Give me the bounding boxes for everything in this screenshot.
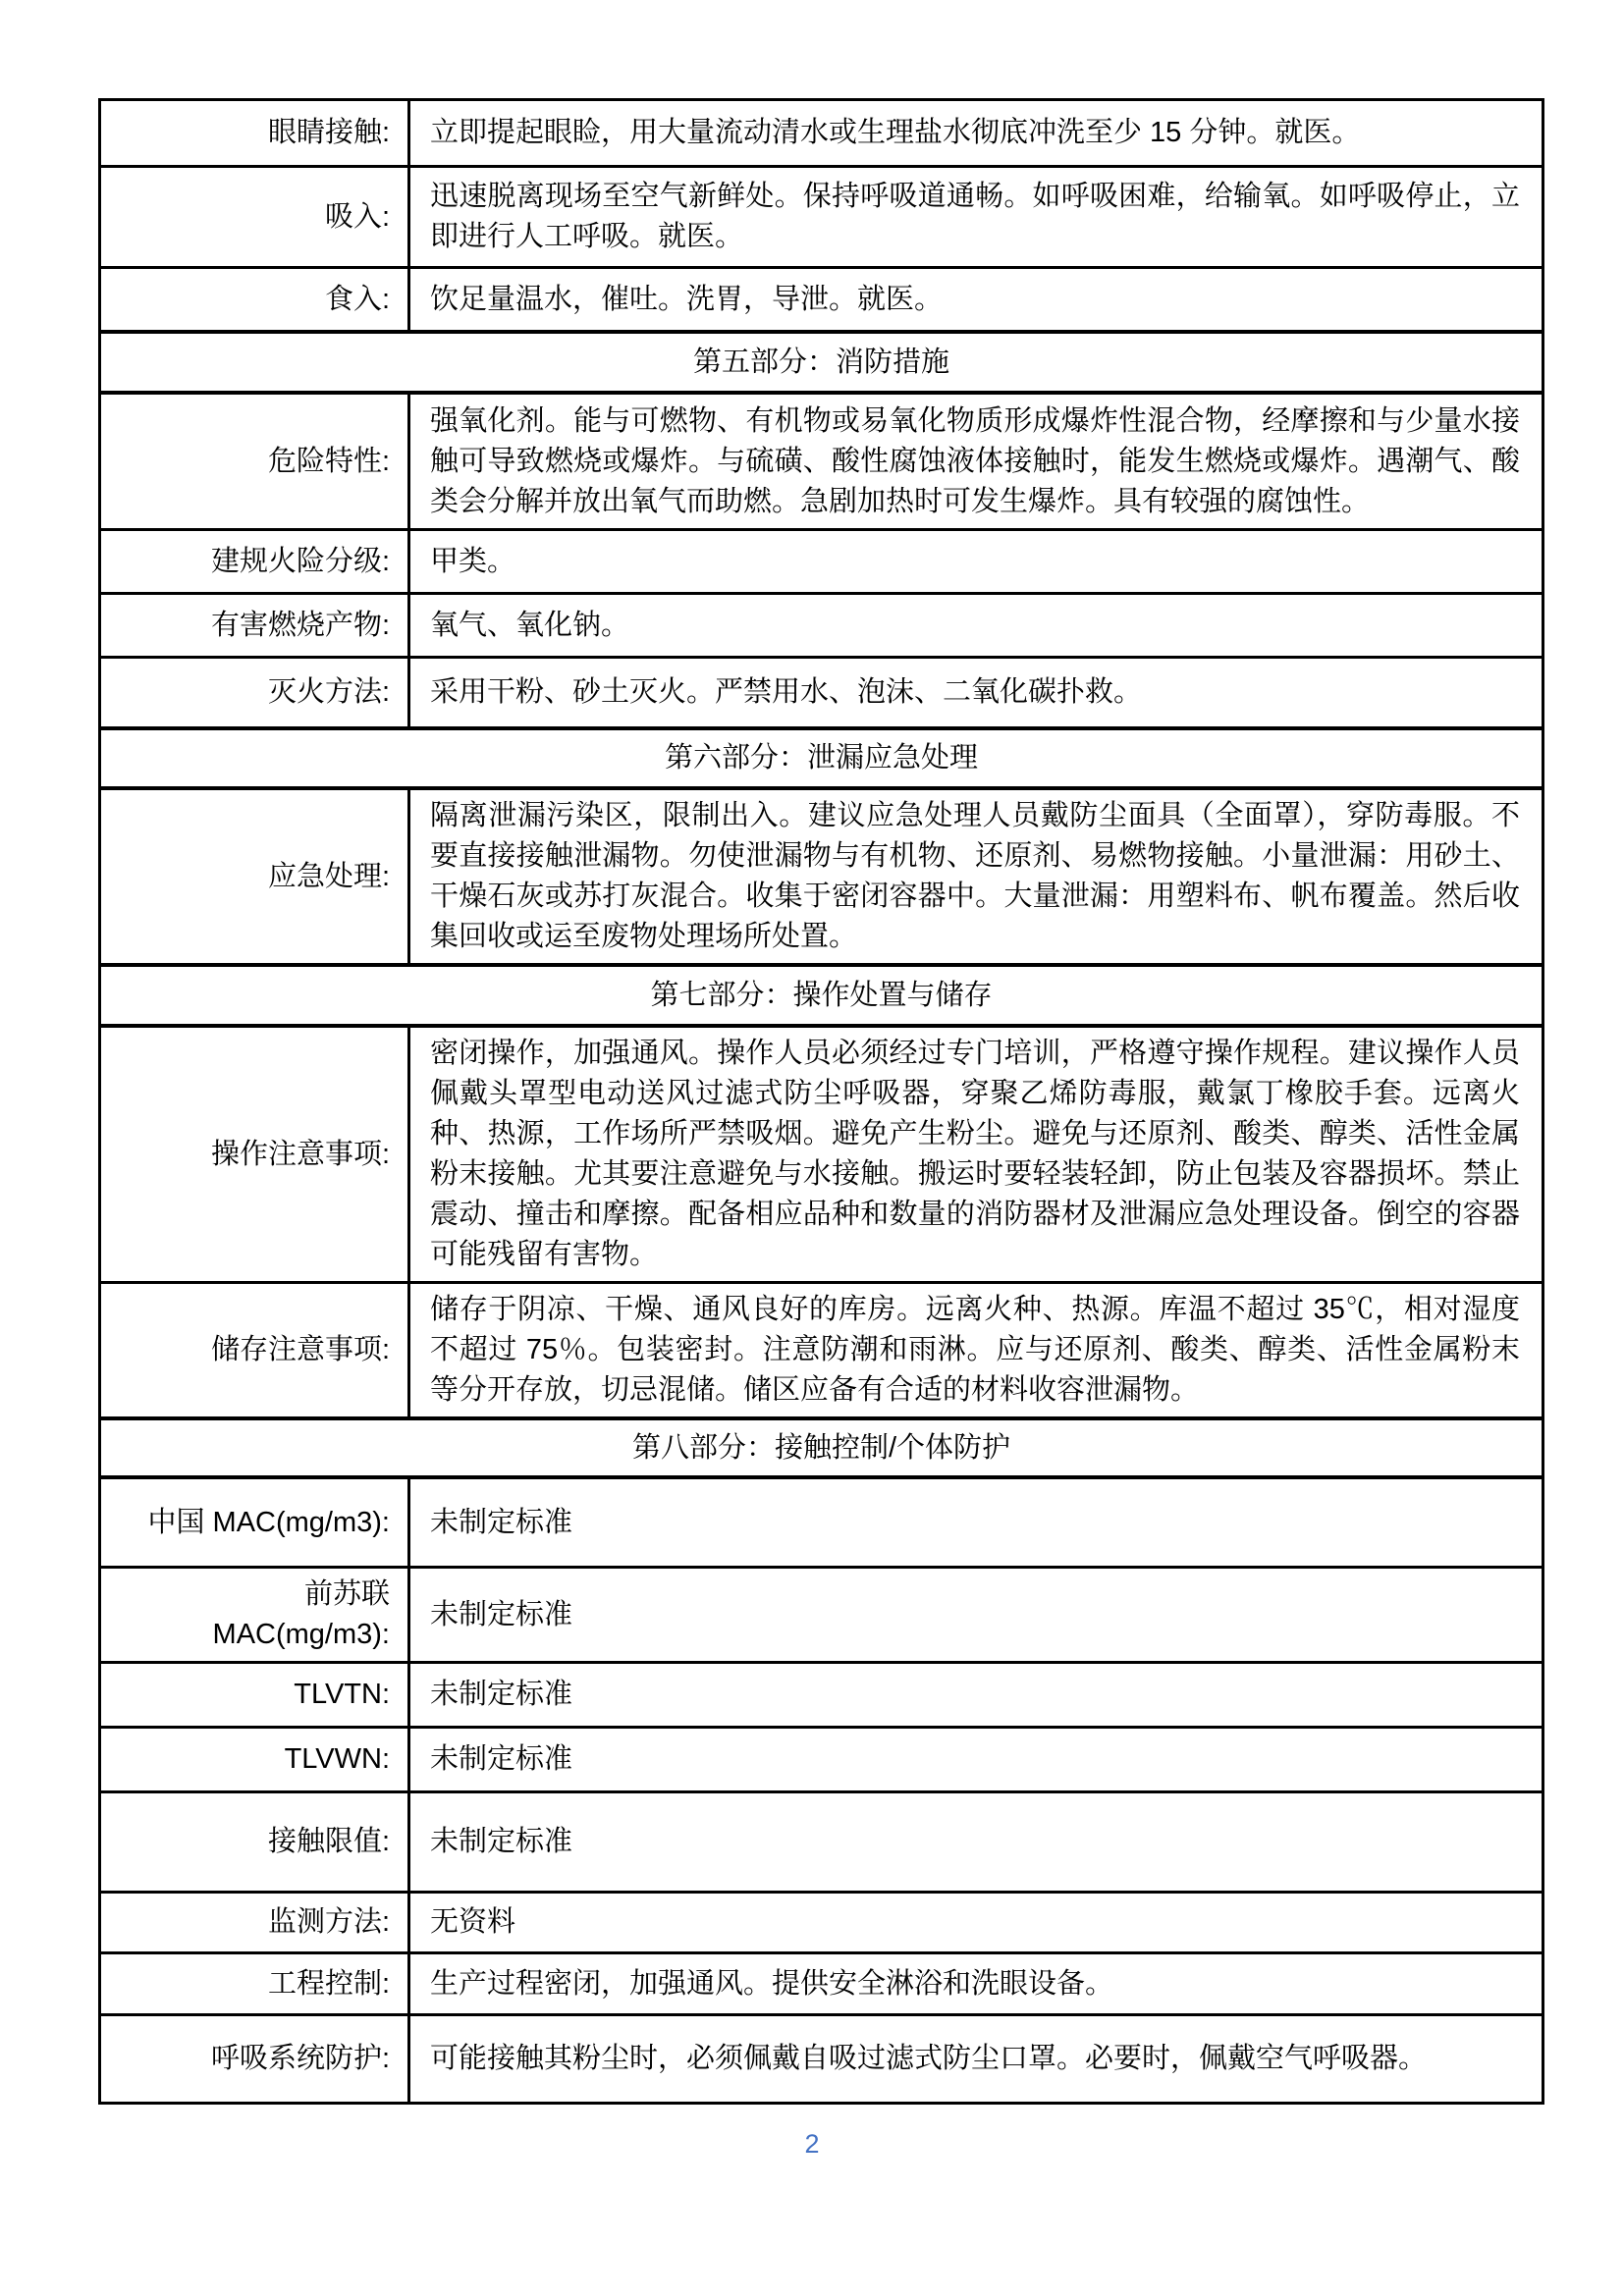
row-value-cell: 强氧化剂。能与可燃物、有机物或易氧化物质形成爆炸性混合物，经摩擦和与少量水接触可… bbox=[410, 395, 1542, 528]
row-value: 密闭操作，加强通风。操作人员必须经过专门培训，严格遵守操作规程。建议操作人员佩戴… bbox=[430, 1034, 1520, 1275]
section-title: 第六部分：泄漏应急处理 bbox=[665, 738, 978, 778]
table-row: 食入:饮足量温水，催吐。洗胃，导泄。就医。 bbox=[101, 266, 1542, 330]
row-value-cell: 生产过程密闭，加强通风。提供安全淋浴和洗眼设备。 bbox=[410, 1954, 1542, 2013]
row-label-cell: 建规火险分级: bbox=[101, 531, 410, 592]
row-value: 生产过程密闭，加强通风。提供安全淋浴和洗眼设备。 bbox=[430, 1964, 1520, 2004]
section-title-cell: 第七部分：操作处置与储存 bbox=[101, 967, 1542, 1024]
row-value: 可能接触其粉尘时，必须佩戴自吸过滤式防尘口罩。必要时，佩戴空气呼吸器。 bbox=[430, 2039, 1520, 2079]
row-label-cell: 前苏联 MAC(mg/m3): bbox=[101, 1569, 410, 1661]
section-title-cell: 第八部分：接触控制/个体防护 bbox=[101, 1420, 1542, 1475]
row-value-cell: 立即提起眼睑，用大量流动清水或生理盐水彻底冲洗至少 15 分钟。就医。 bbox=[410, 101, 1542, 165]
row-value: 氧气、氧化钠。 bbox=[430, 606, 1520, 646]
section-title-cell: 第六部分：泄漏应急处理 bbox=[101, 730, 1542, 786]
row-label: 储存注意事项: bbox=[211, 1330, 390, 1370]
row-label-cell: 接触限值: bbox=[101, 1793, 410, 1891]
row-value-cell: 密闭操作，加强通风。操作人员必须经过专门培训，严格遵守操作规程。建议操作人员佩戴… bbox=[410, 1028, 1542, 1281]
row-label-cell: 食入: bbox=[101, 269, 410, 330]
row-label-cell: TLVTN: bbox=[101, 1664, 410, 1726]
row-label-cell: 吸入: bbox=[101, 168, 410, 266]
row-value: 未制定标准 bbox=[430, 1822, 1520, 1862]
row-label: 应急处理: bbox=[268, 857, 390, 897]
row-label-cell: 操作注意事项: bbox=[101, 1028, 410, 1281]
row-value-cell: 饮足量温水，催吐。洗胃，导泄。就医。 bbox=[410, 269, 1542, 330]
table-row: 监测方法:无资料 bbox=[101, 1891, 1542, 1951]
section-header-row: 第七部分：操作处置与储存 bbox=[101, 963, 1542, 1024]
row-label: 眼睛接触: bbox=[268, 113, 390, 153]
row-value-cell: 储存于阴凉、干燥、通风良好的库房。远离火种、热源。库温不超过 35℃，相对湿度不… bbox=[410, 1284, 1542, 1416]
row-value-cell: 可能接触其粉尘时，必须佩戴自吸过滤式防尘口罩。必要时，佩戴空气呼吸器。 bbox=[410, 2016, 1542, 2102]
row-label: 中国 MAC(mg/m3): bbox=[147, 1503, 390, 1543]
row-label: 建规火险分级: bbox=[211, 542, 390, 582]
row-label-cell: 储存注意事项: bbox=[101, 1284, 410, 1416]
row-value-cell: 迅速脱离现场至空气新鲜处。保持呼吸道通畅。如呼吸困难，给输氧。如呼吸停止，立即进… bbox=[410, 168, 1542, 266]
row-label: 操作注意事项: bbox=[211, 1135, 390, 1175]
row-value: 甲类。 bbox=[430, 542, 1520, 582]
row-label: 呼吸系统防护: bbox=[211, 2039, 390, 2079]
table-row: 应急处理:隔离泄漏污染区，限制出入。建议应急处理人员戴防尘面具（全面罩），穿防毒… bbox=[101, 786, 1542, 963]
row-value-cell: 未制定标准 bbox=[410, 1729, 1542, 1790]
row-label: 灭火方法: bbox=[268, 672, 390, 713]
row-label: 食入: bbox=[325, 280, 390, 320]
section-title-cell: 第五部分：消防措施 bbox=[101, 334, 1542, 391]
row-value-cell: 未制定标准 bbox=[410, 1479, 1542, 1566]
table-row: 建规火险分级:甲类。 bbox=[101, 528, 1542, 592]
table-row: 有害燃烧产物:氧气、氧化钠。 bbox=[101, 592, 1542, 656]
row-value: 迅速脱离现场至空气新鲜处。保持呼吸道通畅。如呼吸困难，给输氧。如呼吸停止，立即进… bbox=[430, 177, 1520, 257]
table-row: 灭火方法:采用干粉、砂土灭火。严禁用水、泡沫、二氧化碳扑救。 bbox=[101, 656, 1542, 726]
row-label-cell: 灭火方法: bbox=[101, 659, 410, 726]
row-value: 隔离泄漏污染区，限制出入。建议应急处理人员戴防尘面具（全面罩），穿防毒服。不要直… bbox=[430, 796, 1520, 957]
table-row: 呼吸系统防护:可能接触其粉尘时，必须佩戴自吸过滤式防尘口罩。必要时，佩戴空气呼吸… bbox=[101, 2013, 1542, 2102]
row-value-cell: 甲类。 bbox=[410, 531, 1542, 592]
row-label-cell: 有害燃烧产物: bbox=[101, 595, 410, 656]
row-value-cell: 采用干粉、砂土灭火。严禁用水、泡沫、二氧化碳扑救。 bbox=[410, 659, 1542, 726]
row-value: 未制定标准 bbox=[430, 1503, 1520, 1543]
section-title: 第五部分：消防措施 bbox=[693, 343, 949, 383]
row-label-cell: 工程控制: bbox=[101, 1954, 410, 2013]
table-row: 接触限值:未制定标准 bbox=[101, 1790, 1542, 1891]
table-row: 操作注意事项:密闭操作，加强通风。操作人员必须经过专门培训，严格遵守操作规程。建… bbox=[101, 1024, 1542, 1281]
table-row: 眼睛接触:立即提起眼睑，用大量流动清水或生理盐水彻底冲洗至少 15 分钟。就医。 bbox=[101, 101, 1542, 165]
row-value: 储存于阴凉、干燥、通风良好的库房。远离火种、热源。库温不超过 35℃，相对湿度不… bbox=[430, 1290, 1520, 1411]
row-value-cell: 隔离泄漏污染区，限制出入。建议应急处理人员戴防尘面具（全面罩），穿防毒服。不要直… bbox=[410, 790, 1542, 963]
row-label: 有害燃烧产物: bbox=[211, 606, 390, 646]
row-label: 危险特性: bbox=[268, 442, 390, 482]
row-label-cell: 中国 MAC(mg/m3): bbox=[101, 1479, 410, 1566]
table-row: 中国 MAC(mg/m3):未制定标准 bbox=[101, 1475, 1542, 1566]
row-label: TLVTN: bbox=[294, 1675, 390, 1715]
section-header-row: 第八部分：接触控制/个体防护 bbox=[101, 1416, 1542, 1475]
row-label-cell: 危险特性: bbox=[101, 395, 410, 528]
row-value: 无资料 bbox=[430, 1902, 1520, 1943]
row-label-cell: 呼吸系统防护: bbox=[101, 2016, 410, 2102]
table-row: 工程控制:生产过程密闭，加强通风。提供安全淋浴和洗眼设备。 bbox=[101, 1951, 1542, 2013]
msds-table: 眼睛接触:立即提起眼睑，用大量流动清水或生理盐水彻底冲洗至少 15 分钟。就医。… bbox=[98, 98, 1544, 2105]
row-value: 饮足量温水，催吐。洗胃，导泄。就医。 bbox=[430, 280, 1520, 320]
row-value: 未制定标准 bbox=[430, 1739, 1520, 1780]
row-label: 前苏联 MAC(mg/m3): bbox=[213, 1575, 390, 1655]
row-label: 监测方法: bbox=[268, 1902, 390, 1943]
page-number: 2 bbox=[0, 2128, 1624, 2160]
row-value: 立即提起眼睑，用大量流动清水或生理盐水彻底冲洗至少 15 分钟。就医。 bbox=[430, 113, 1520, 153]
section-title: 第八部分：接触控制/个体防护 bbox=[632, 1428, 1010, 1468]
row-value-cell: 无资料 bbox=[410, 1894, 1542, 1951]
row-label-cell: 监测方法: bbox=[101, 1894, 410, 1951]
row-value: 采用干粉、砂土灭火。严禁用水、泡沫、二氧化碳扑救。 bbox=[430, 672, 1520, 713]
row-value: 强氧化剂。能与可燃物、有机物或易氧化物质形成爆炸性混合物，经摩擦和与少量水接触可… bbox=[430, 401, 1520, 522]
table-row: 前苏联 MAC(mg/m3):未制定标准 bbox=[101, 1566, 1542, 1661]
row-label-cell: 眼睛接触: bbox=[101, 101, 410, 165]
table-row: 储存注意事项:储存于阴凉、干燥、通风良好的库房。远离火种、热源。库温不超过 35… bbox=[101, 1281, 1542, 1416]
row-label-cell: TLVWN: bbox=[101, 1729, 410, 1790]
row-label: TLVWN: bbox=[285, 1739, 390, 1780]
table-row: TLVWN:未制定标准 bbox=[101, 1726, 1542, 1790]
section-header-row: 第五部分：消防措施 bbox=[101, 330, 1542, 391]
table-row: TLVTN:未制定标准 bbox=[101, 1661, 1542, 1726]
row-value-cell: 未制定标准 bbox=[410, 1664, 1542, 1726]
row-label: 接触限值: bbox=[268, 1822, 390, 1862]
table-row: 吸入:迅速脱离现场至空气新鲜处。保持呼吸道通畅。如呼吸困难，给输氧。如呼吸停止，… bbox=[101, 165, 1542, 266]
row-value: 未制定标准 bbox=[430, 1675, 1520, 1715]
row-label: 工程控制: bbox=[268, 1964, 390, 2004]
row-value-cell: 未制定标准 bbox=[410, 1569, 1542, 1661]
row-label: 吸入: bbox=[325, 197, 390, 238]
section-header-row: 第六部分：泄漏应急处理 bbox=[101, 726, 1542, 786]
row-value-cell: 未制定标准 bbox=[410, 1793, 1542, 1891]
section-title: 第七部分：操作处置与储存 bbox=[650, 976, 992, 1016]
row-value-cell: 氧气、氧化钠。 bbox=[410, 595, 1542, 656]
row-value: 未制定标准 bbox=[430, 1595, 1520, 1635]
row-label-cell: 应急处理: bbox=[101, 790, 410, 963]
table-row: 危险特性:强氧化剂。能与可燃物、有机物或易氧化物质形成爆炸性混合物，经摩擦和与少… bbox=[101, 391, 1542, 528]
